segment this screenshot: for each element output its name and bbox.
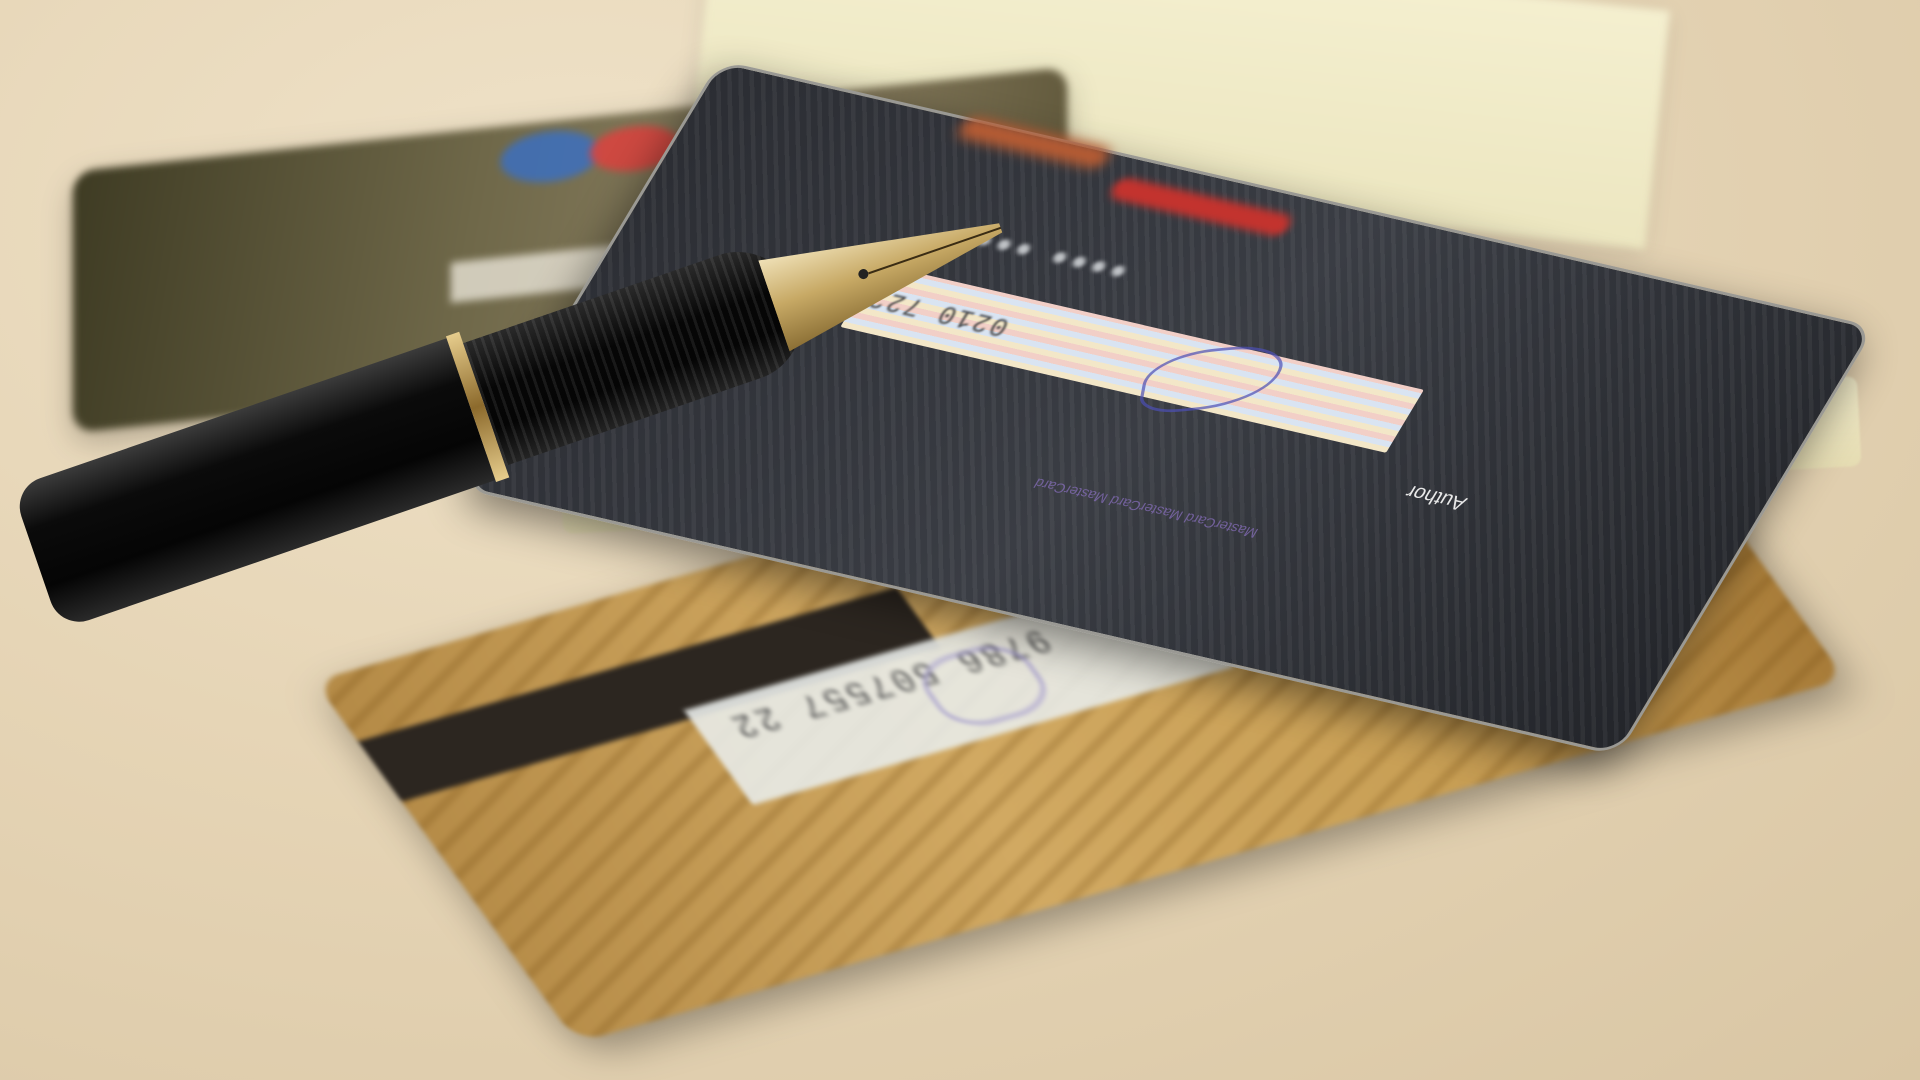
signature-panel: MasterCard MasterCard MasterCard 0210 72… <box>840 264 1424 453</box>
signature-scribble <box>1137 342 1287 415</box>
embossed-number: •••• •••• <box>941 212 1138 292</box>
photo-scene: 9786 507557 22 Assinatura autorizada Eme… <box>0 0 1920 1080</box>
card-author-text: Author <box>1402 480 1472 514</box>
pattern-text: MasterCard MasterCard MasterCard <box>1031 476 1261 542</box>
